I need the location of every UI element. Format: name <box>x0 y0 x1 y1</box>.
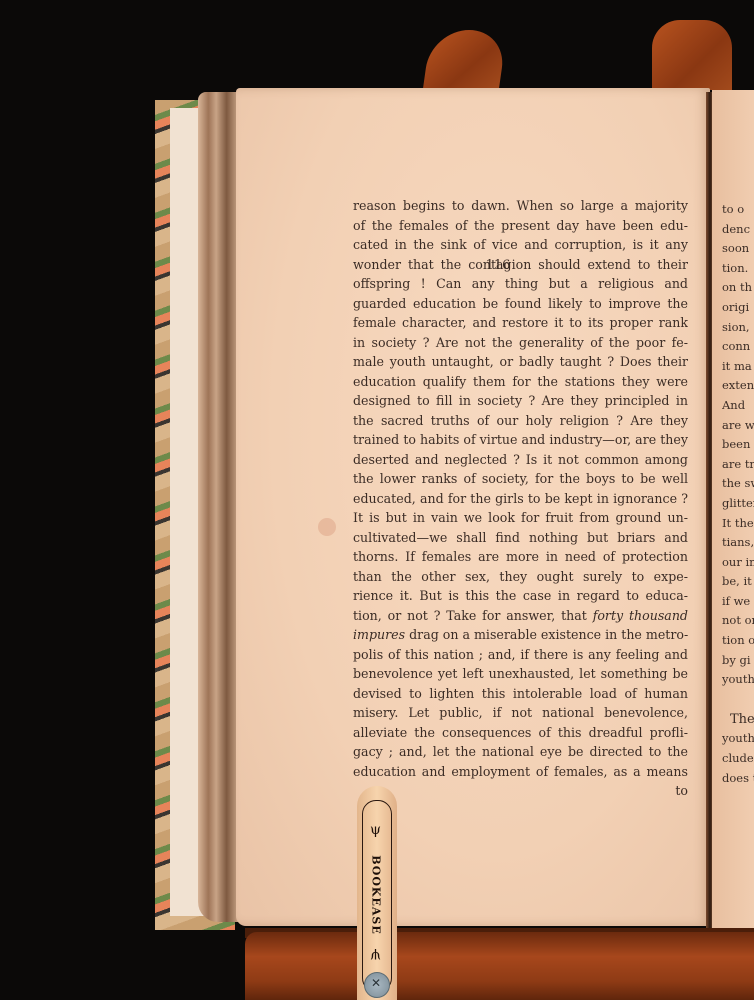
text-line: It the <box>722 514 754 534</box>
text-line: youth, <box>722 670 754 690</box>
text-line: cated in the sink of vice and corruption… <box>353 235 688 255</box>
text-line: deserted and neglected ? Is it not commo… <box>353 450 688 470</box>
text-line: are tr <box>722 455 754 475</box>
text-line: reason begins to dawn. When so large a m… <box>353 196 688 216</box>
text-line: conn <box>722 337 754 357</box>
text-line: exten <box>722 376 754 396</box>
text-line: tion. <box>722 259 754 279</box>
italic-phrase: impures <box>353 627 405 642</box>
text-line: impures drag on a miserable existence in… <box>353 625 688 645</box>
trident-bottom-icon: ψ <box>370 948 381 964</box>
text-line: not on <box>722 611 754 631</box>
text-line: It is but in vain we look for fruit from… <box>353 508 688 528</box>
text-line: does t <box>722 769 754 789</box>
text-line: alleviate the consequences of this dread… <box>353 723 688 743</box>
trident-top-icon: ψ <box>370 822 381 838</box>
text-line: tians, <box>722 533 754 553</box>
text-line: on th <box>722 278 754 298</box>
text-line: the sacred truths of our holy religion ?… <box>353 411 688 431</box>
stand-tab-right <box>652 20 732 90</box>
text-line: gacy ; and, let the national eye be dire… <box>353 742 688 762</box>
text-line: offspring ! Can any thing but a religiou… <box>353 274 688 294</box>
text-line: it ma <box>722 357 754 377</box>
text-line: in society ? Are not the generality of t… <box>353 333 688 353</box>
text-line: the sw <box>722 474 754 494</box>
stand-tab-left <box>423 30 507 90</box>
wooden-stand-shelf <box>245 932 754 1000</box>
text-line: education and employment of females, as … <box>353 762 688 782</box>
text-line: designed to fill in society ? Are they p… <box>353 391 688 411</box>
text-line: are w <box>722 416 754 436</box>
text-line: wonder that the contagion should extend … <box>353 255 688 275</box>
text-line: polis of this nation ; and, if there is … <box>353 645 688 665</box>
right-page-text: to o denc soon tion. on th origi sion, c… <box>722 200 754 788</box>
text-line: thorns. If females are more in need of p… <box>353 547 688 567</box>
text-line: than the other sex, they ought surely to… <box>353 567 688 587</box>
text-line: denc <box>722 220 754 240</box>
text-line: youth <box>722 729 754 749</box>
text-line: tion, or not ? Take for answer, that for… <box>353 606 688 626</box>
text-line: And <box>722 396 754 416</box>
catchword: to <box>353 781 688 801</box>
text-line: if we <box>722 592 754 612</box>
text-line: our in <box>722 553 754 573</box>
text-line: benevolence yet left unexhausted, let so… <box>353 664 688 684</box>
italic-phrase: forty thousand <box>593 608 688 623</box>
text-line: cultivated—we shall find nothing but bri… <box>353 528 688 548</box>
text-line: the lower ranks of society, for the boys… <box>353 469 688 489</box>
text-line: misery. Let public, if not national bene… <box>353 703 688 723</box>
text-line: education qualify them for the stations … <box>353 372 688 392</box>
text-line: trained to habits of virtue and industry… <box>353 430 688 450</box>
text-line: educated, and for the girls to be kept i… <box>353 489 688 509</box>
text-line: cludes <box>722 749 754 769</box>
text-line: tion o <box>722 631 754 651</box>
left-page-text: reason begins to dawn. When so large a m… <box>353 196 688 801</box>
text-line: female character, and restore it to its … <box>353 313 688 333</box>
bookmark-brand: BOOKEASE <box>370 855 383 934</box>
text-line: by gi <box>722 651 754 671</box>
text-line: rience it. But is this the case in regar… <box>353 586 688 606</box>
screw-icon <box>364 972 390 998</box>
text-line: male youth untaught, or badly taught ? D… <box>353 352 688 372</box>
text-line: soon <box>722 239 754 259</box>
text-line: guarded education be found likely to imp… <box>353 294 688 314</box>
foxing-spot <box>318 518 336 536</box>
text-line: to o <box>722 200 754 220</box>
text-line: The <box>722 710 754 730</box>
text-line: glitter <box>722 494 754 514</box>
text-line: of the females of the present day have b… <box>353 216 688 236</box>
text-line: been <box>722 435 754 455</box>
text-line: sion, <box>722 318 754 338</box>
text-line: devised to lighten this intolerable load… <box>353 684 688 704</box>
text-line: be, it <box>722 572 754 592</box>
text-line: origi <box>722 298 754 318</box>
